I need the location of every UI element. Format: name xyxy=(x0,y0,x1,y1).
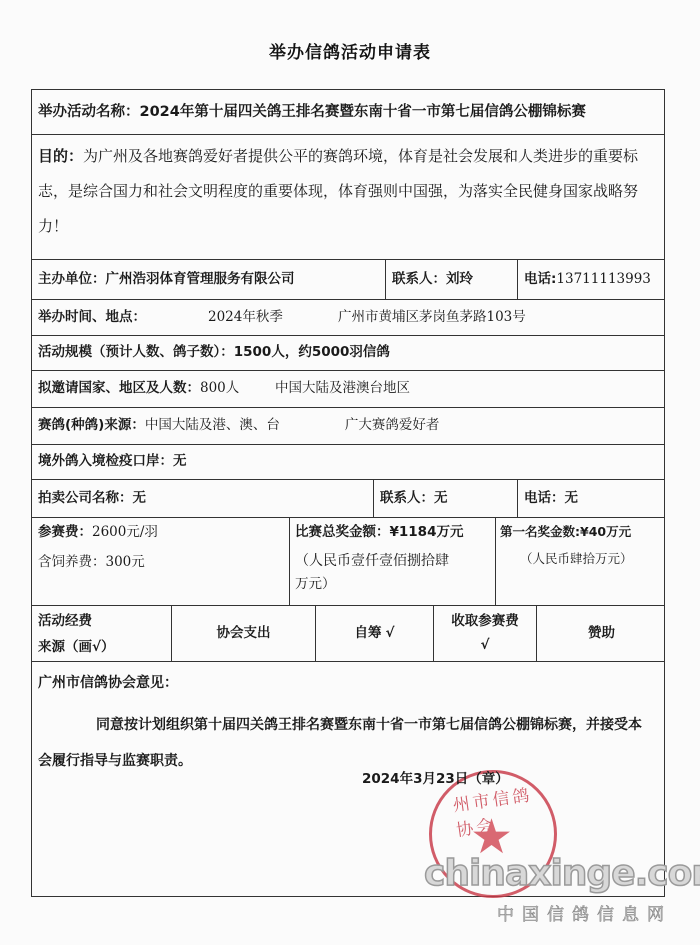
row-auction: 拍卖公司名称： 无 联系人： 无 电话： 无 xyxy=(32,480,664,518)
watermark-domain: chinaxinge.com xyxy=(424,853,700,894)
row-event-name: 举办活动名称： 2024年第十届四关鸽王排名赛暨东南十省一市第七届信鸽公棚锦标赛 xyxy=(32,90,664,135)
pigeon-source-who: 广大赛鸽爱好者 xyxy=(345,419,440,433)
application-form-table: 举办活动名称： 2024年第十届四关鸽王排名赛暨东南十省一市第七届信鸽公棚锦标赛… xyxy=(31,89,665,897)
auction-phone-value: 无 xyxy=(565,492,579,506)
total-prize-value: ¥1184万元 xyxy=(390,524,464,540)
row-time-place: 举办时间、地点： 2024年秋季 广州市黄埔区茅岗鱼茅路103号 xyxy=(32,300,664,336)
row-quarantine: 境外鸽入境检疫口岸： 无 xyxy=(32,445,664,480)
invited-label: 拟邀请国家、地区及人数： xyxy=(38,382,200,396)
opinion-body: 同意按计划组织第十届四关鸽王排名赛暨东南十省一市第七届信鸽公棚锦标赛，并接受本会… xyxy=(38,707,653,779)
check-mark-icon: √ xyxy=(385,627,394,641)
organizer-label: 主办单位： xyxy=(38,273,106,287)
auction-contact-label: 联系人： xyxy=(380,492,434,506)
entry-fee-label: 参赛费： xyxy=(38,524,92,540)
feed-fee-value: 300元 xyxy=(106,554,145,570)
first-prize-words: （人民币肆拾万元） xyxy=(500,553,633,566)
row-organizer: 主办单位： 广州浩羽体育管理服务有限公司 联系人： 刘玲 电话: 1371111… xyxy=(32,260,664,300)
auction-contact-value: 无 xyxy=(434,492,448,506)
purpose-value: 为广州及各地赛鸽爱好者提供公平的赛鸽环境，体育是社会发展和人类进步的重要标志，是… xyxy=(38,147,638,235)
funding-label-line-2: 来源（画√） xyxy=(38,641,115,655)
funding-option-sponsorship[interactable]: 赞助 xyxy=(536,606,666,661)
scale-value: 1500人，约5000羽信鸽 xyxy=(234,346,390,360)
time-place-label: 举办时间、地点： xyxy=(38,311,208,325)
row-funding-source: 活动经费 来源（画√） 协会支出 自筹 √ 收取参赛费 √ 赞助 xyxy=(32,606,664,662)
organizer-contact-value: 刘玲 xyxy=(446,273,473,287)
first-prize-value: ¥40万元 xyxy=(580,524,631,539)
organizer-phone-value: 13711113993 xyxy=(556,273,650,287)
organizer-contact-label: 联系人： xyxy=(392,273,446,287)
funding-option-self-raised[interactable]: 自筹 √ xyxy=(315,606,433,661)
row-purpose: 目的：为广州及各地赛鸽爱好者提供公平的赛鸽环境，体育是社会发展和人类进步的重要标… xyxy=(32,135,664,260)
event-place: 广州市黄埔区茅岗鱼茅路103号 xyxy=(338,311,526,325)
purpose-label: 目的： xyxy=(38,147,83,165)
entry-fee-value: 2600元/羽 xyxy=(92,524,158,540)
event-name-label: 举办活动名称： xyxy=(38,105,140,120)
auction-phone-label: 电话： xyxy=(524,492,565,506)
total-prize-label: 比赛总奖金额： xyxy=(295,524,390,540)
row-fees-prizes: 参赛费：2600元/羽 含饲养费：300元 比赛总奖金额：¥1184万元 （人民… xyxy=(32,518,664,606)
row-pigeon-source: 赛鸽(种鸽)来源： 中国大陆及港、澳、台 广大赛鸽爱好者 xyxy=(32,408,664,445)
funding-option-association[interactable]: 协会支出 xyxy=(171,606,315,661)
first-prize-label: 第一名奖金数: xyxy=(500,524,580,539)
organizer-phone-label: 电话: xyxy=(524,273,556,287)
total-prize-words-1: （人民币壹仟壹佰捌拾肆 xyxy=(295,554,449,568)
form-title: 举办信鸽活动申请表 xyxy=(0,38,700,63)
invited-count: 800人 xyxy=(200,382,275,396)
watermark-site-name: 中国信鸽信息网 xyxy=(497,900,672,925)
scale-label: 活动规模（预计人数、鸽子数）： xyxy=(38,346,234,360)
pigeon-source-label: 赛鸽(种鸽)来源： xyxy=(38,419,145,433)
quarantine-label: 境外鸽入境检疫口岸： xyxy=(38,455,173,469)
feed-fee-label: 含饲养费： xyxy=(38,554,106,570)
total-prize-words-2: 万元） xyxy=(295,578,336,592)
event-name-value: 2024年第十届四关鸽王排名赛暨东南十省一市第七届信鸽公棚锦标赛 xyxy=(140,105,586,120)
pigeon-source-region: 中国大陆及港、澳、台 xyxy=(145,419,345,433)
funding-option-entry-fees[interactable]: 收取参赛费 √ xyxy=(433,606,536,661)
opinion-label: 广州市信鸽协会意见： xyxy=(38,672,178,692)
funding-label-line-1: 活动经费 xyxy=(38,615,92,629)
invited-region: 中国大陆及港澳台地区 xyxy=(275,382,410,396)
auction-label: 拍卖公司名称： xyxy=(38,492,133,506)
event-time: 2024年秋季 xyxy=(208,311,338,325)
organizer-value: 广州浩羽体育管理服务有限公司 xyxy=(106,273,295,287)
check-mark-icon: √ xyxy=(480,639,489,653)
row-invited: 拟邀请国家、地区及人数： 800人 中国大陆及港澳台地区 xyxy=(32,371,664,408)
quarantine-value: 无 xyxy=(173,455,187,469)
row-scale: 活动规模（预计人数、鸽子数）： 1500人，约5000羽信鸽 xyxy=(32,336,664,371)
auction-value: 无 xyxy=(133,492,147,506)
approval-date: 2024年3月23日（章） xyxy=(362,767,509,787)
